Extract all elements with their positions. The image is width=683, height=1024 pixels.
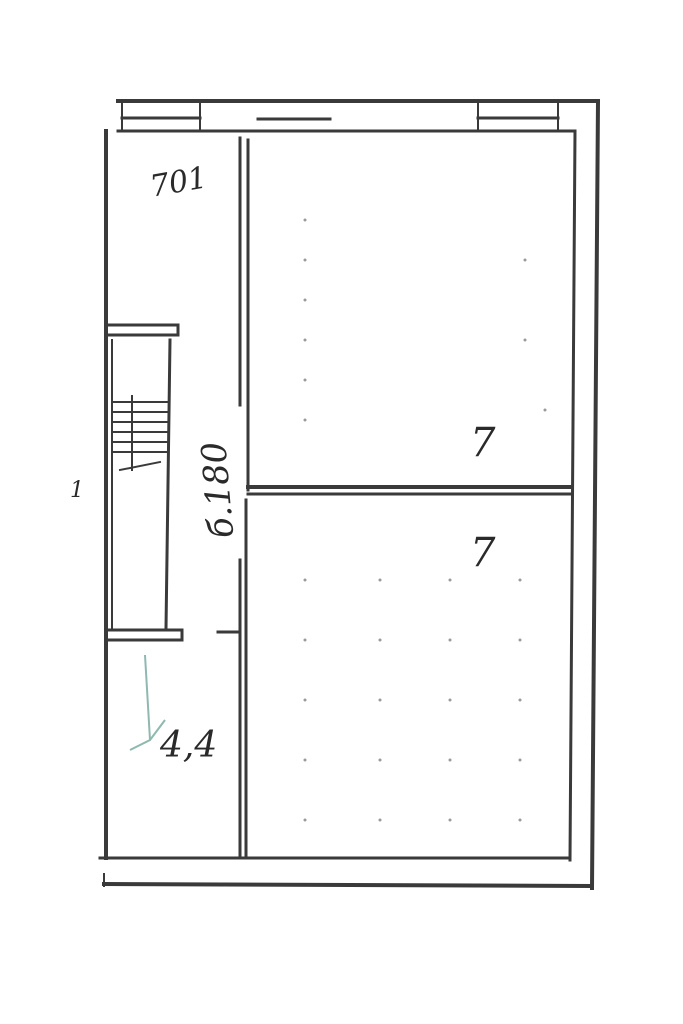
floor-plan [0,0,683,1024]
outer-wall-bottom [100,858,590,886]
dimension-label: б.180 [194,440,242,540]
room-upper-label: 7 [470,420,495,466]
entry-label: 4,4 [160,725,217,766]
room-lower-label: 7 [470,530,495,576]
stair [112,396,168,470]
stair-mark: 1 [70,478,84,503]
outer-wall-right [570,101,598,888]
outer-wall-top [118,101,598,131]
grid-dots [304,219,547,822]
